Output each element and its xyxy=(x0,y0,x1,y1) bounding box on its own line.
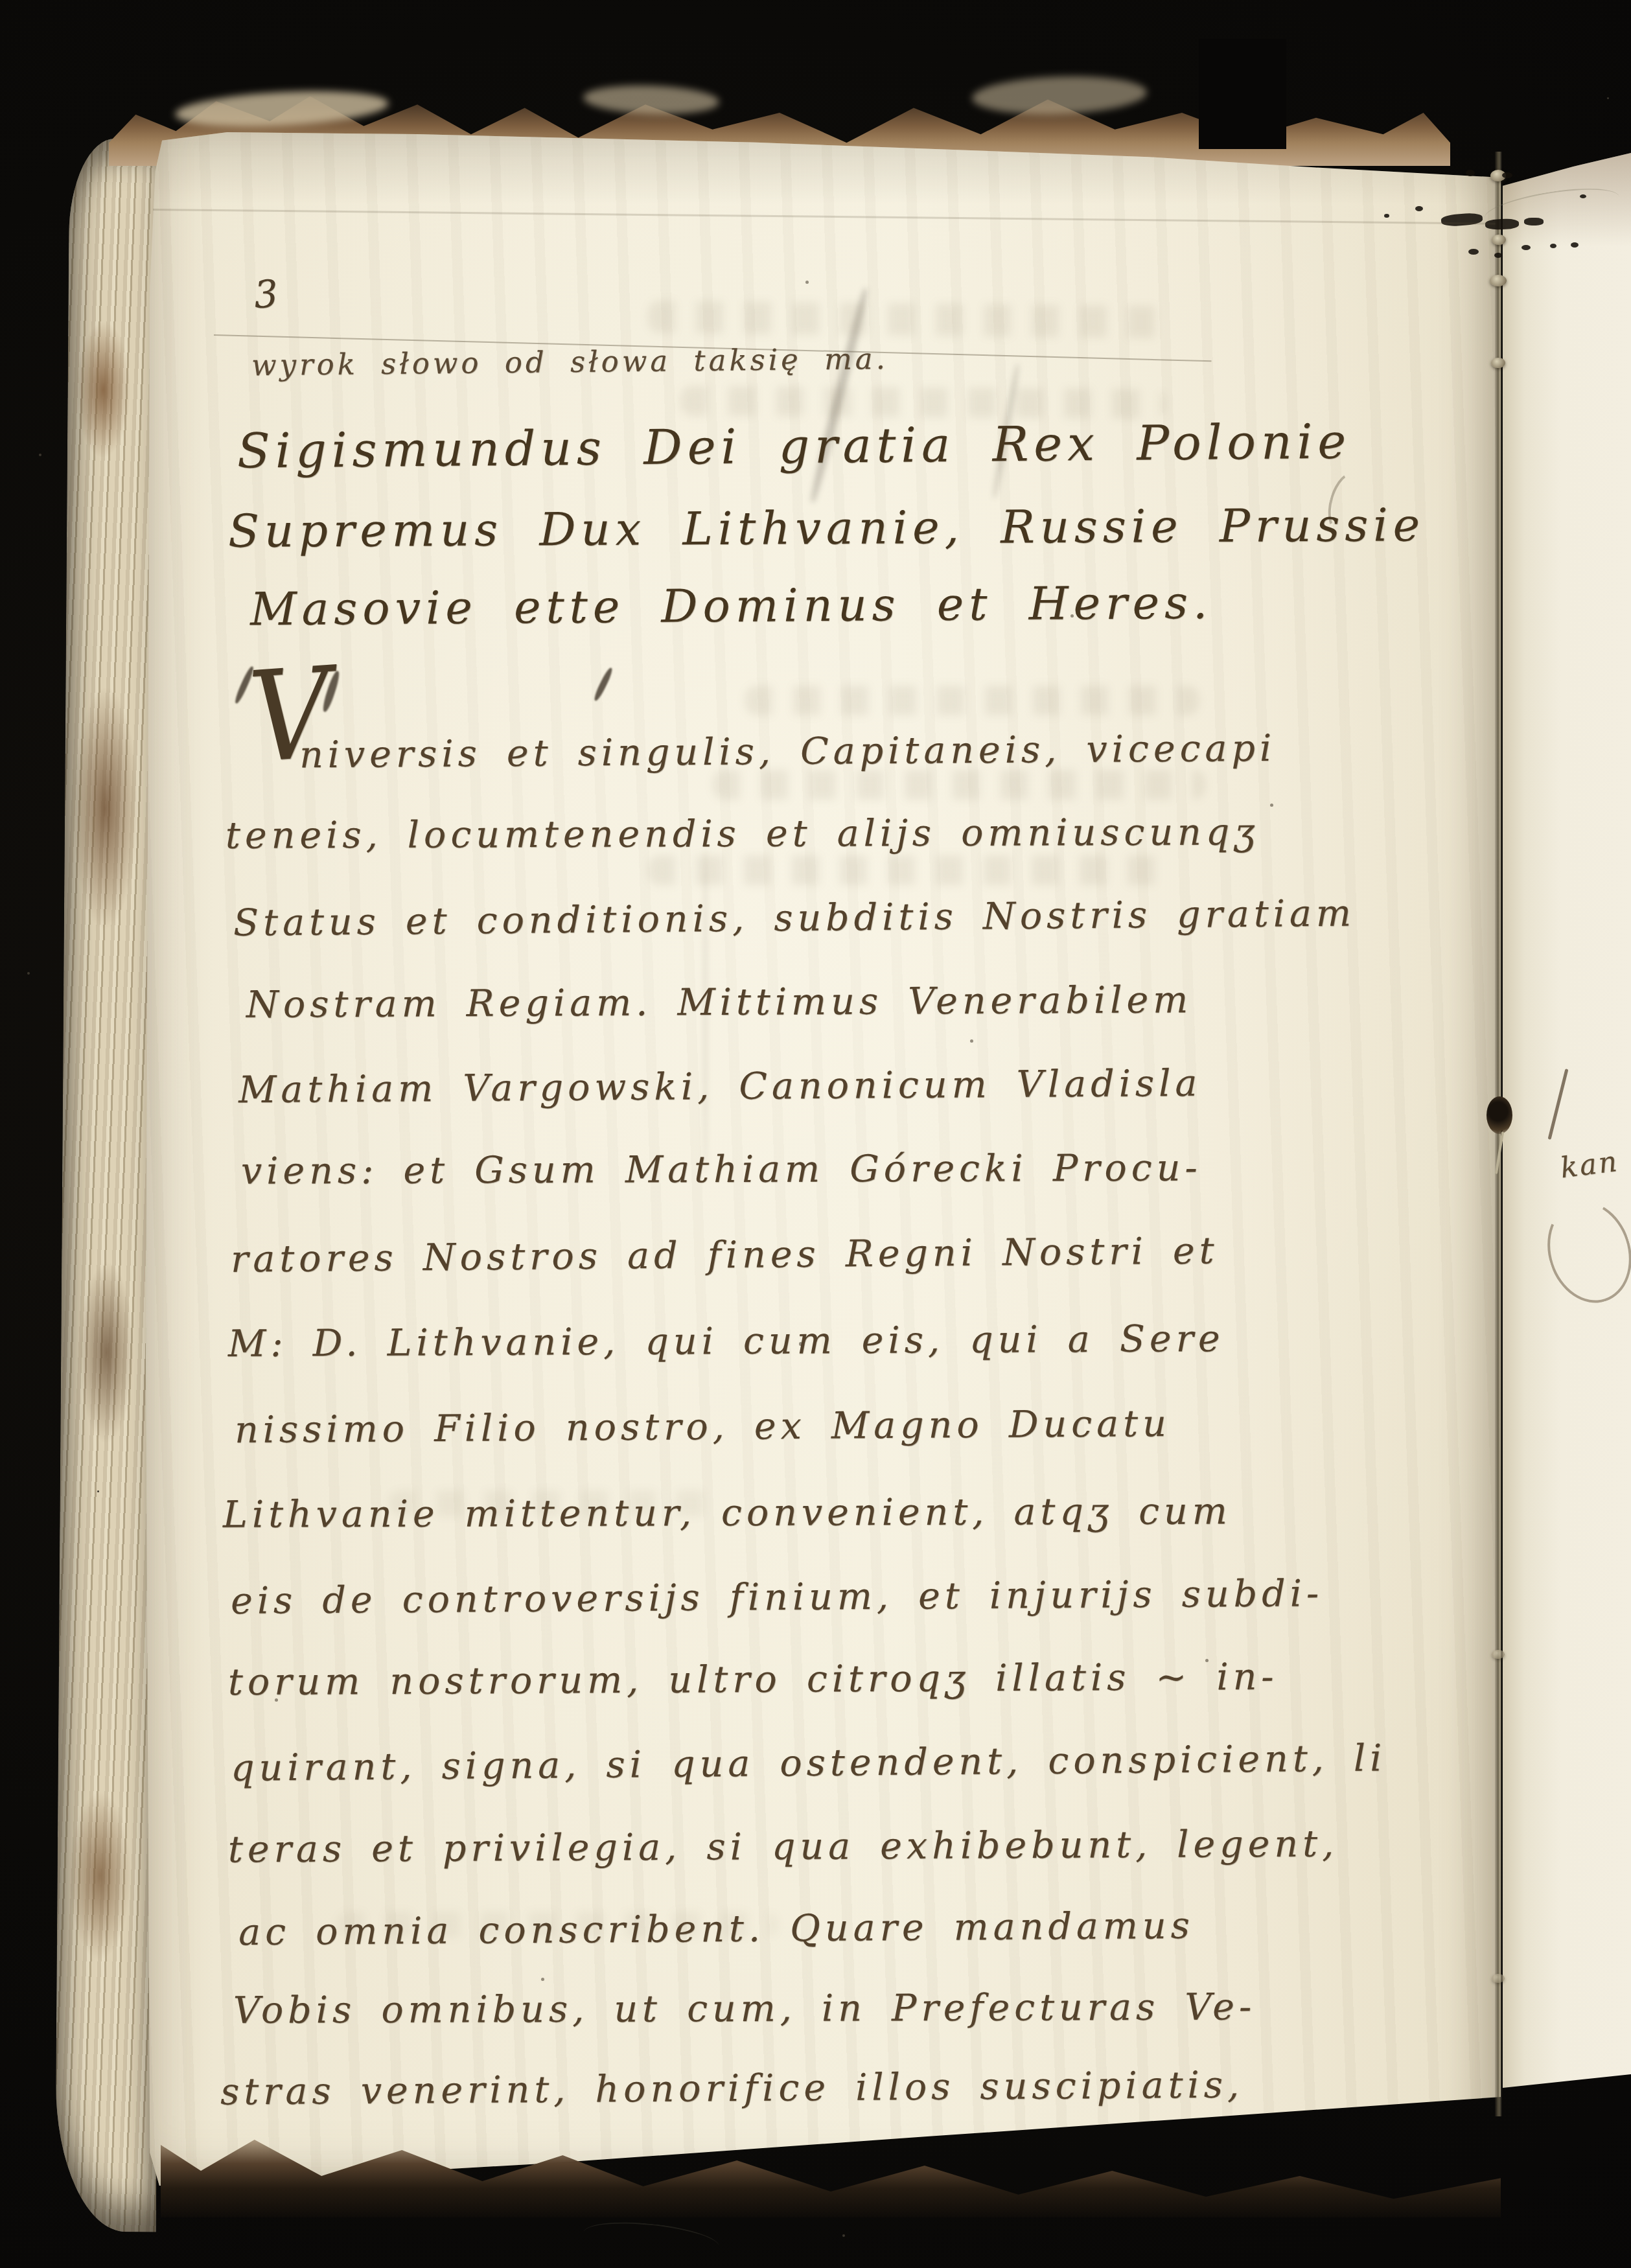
polish-note-line: wyrok słowo od słowa taksię ma. xyxy=(251,341,888,382)
body-text-line: Nostram Regiam. Mittimus Venerabilem xyxy=(246,978,1193,1026)
stitch-knot xyxy=(1492,1974,1505,1983)
body-text-line: nissimo Filio nostro, ex Magno Ducatu xyxy=(235,1402,1171,1452)
ink-blot xyxy=(1384,214,1389,218)
body-text-line: stras venerint, honorifice illos suscipi… xyxy=(220,2063,1243,2113)
show-through-text xyxy=(745,686,1199,715)
speck xyxy=(541,1978,544,1981)
show-through-text xyxy=(713,770,1205,800)
stitch-knot xyxy=(1492,1650,1505,1659)
page-number: 3 xyxy=(253,272,281,318)
ink-blot xyxy=(1466,170,1475,176)
show-through-text xyxy=(680,386,1166,419)
right-page xyxy=(1503,149,1631,2088)
body-text-line: Mathiam Vargowski, Canonicum Vladisla xyxy=(238,1062,1202,1111)
ink-blot xyxy=(1502,172,1512,178)
ink-blot xyxy=(1571,242,1579,248)
body-text-line: teras et privilegia, si qua exhibebunt, … xyxy=(228,1823,1339,1871)
ink-blot xyxy=(1468,249,1479,255)
dust xyxy=(27,972,30,975)
dust xyxy=(1607,97,1609,99)
speck xyxy=(970,1039,973,1043)
body-text-line: teneis, locumtenendis et alijs omniuscun… xyxy=(226,811,1260,857)
body-text-line: Lithvanie mittentur, convenient, atqʒ cu… xyxy=(223,1490,1232,1536)
paper-tuft xyxy=(583,83,719,116)
heading-line: Sigismundus Dei gratia Rex Polonie xyxy=(237,414,1352,480)
body-text-line: M: D. Lithvanie, qui cum eis, qui a Sere xyxy=(228,1317,1225,1365)
body-text-line: ratores Nostros ad fines Regni Nostri et xyxy=(231,1229,1219,1280)
speck xyxy=(1270,804,1273,807)
paper-tuft xyxy=(971,73,1148,117)
body-text-line: torum nostrorum, ultro citroqʒ illatis ~… xyxy=(228,1656,1278,1704)
torn-edge-gap xyxy=(1199,39,1286,149)
body-text-line: niversis et singulis, Capitaneis, viceca… xyxy=(299,727,1277,777)
heading-line: Masovie ette Dominus et Heres. xyxy=(250,576,1213,636)
show-through-text xyxy=(648,855,1166,885)
stitch-knot xyxy=(1492,235,1506,245)
show-through-text xyxy=(648,301,1166,338)
binding-hole xyxy=(1486,1096,1512,1134)
stray-fiber xyxy=(582,2217,721,2262)
ink-blot xyxy=(1521,245,1531,250)
ink-blot xyxy=(1550,244,1556,248)
body-text-line: eis de controversijs finium, et injurijs… xyxy=(231,1572,1324,1623)
ink-blot xyxy=(1494,253,1502,258)
dust xyxy=(39,454,41,456)
ink-blot xyxy=(1415,206,1423,211)
speck xyxy=(805,281,809,284)
dust xyxy=(842,2234,845,2237)
stitch-knot xyxy=(1491,358,1505,368)
body-text-line: Vobis omnibus, ut cum, in Prefecturas Ve… xyxy=(233,1985,1256,2032)
heading-line: Supremus Dux Lithvanie, Russie Prussie xyxy=(228,498,1425,558)
adjacent-page-text-fragment: kan xyxy=(1558,1145,1621,1185)
manuscript-book-photograph: 3 wyrok słowo od słowa taksię ma. Sigism… xyxy=(0,0,1631,2268)
body-text-line: viens: et Gsum Mathiam Górecki Procu- xyxy=(241,1146,1202,1192)
dust xyxy=(97,1490,99,1492)
stitch-knot xyxy=(1490,275,1507,286)
body-text-line: ac omnia conscribent. Quare mandamus xyxy=(238,1904,1194,1954)
